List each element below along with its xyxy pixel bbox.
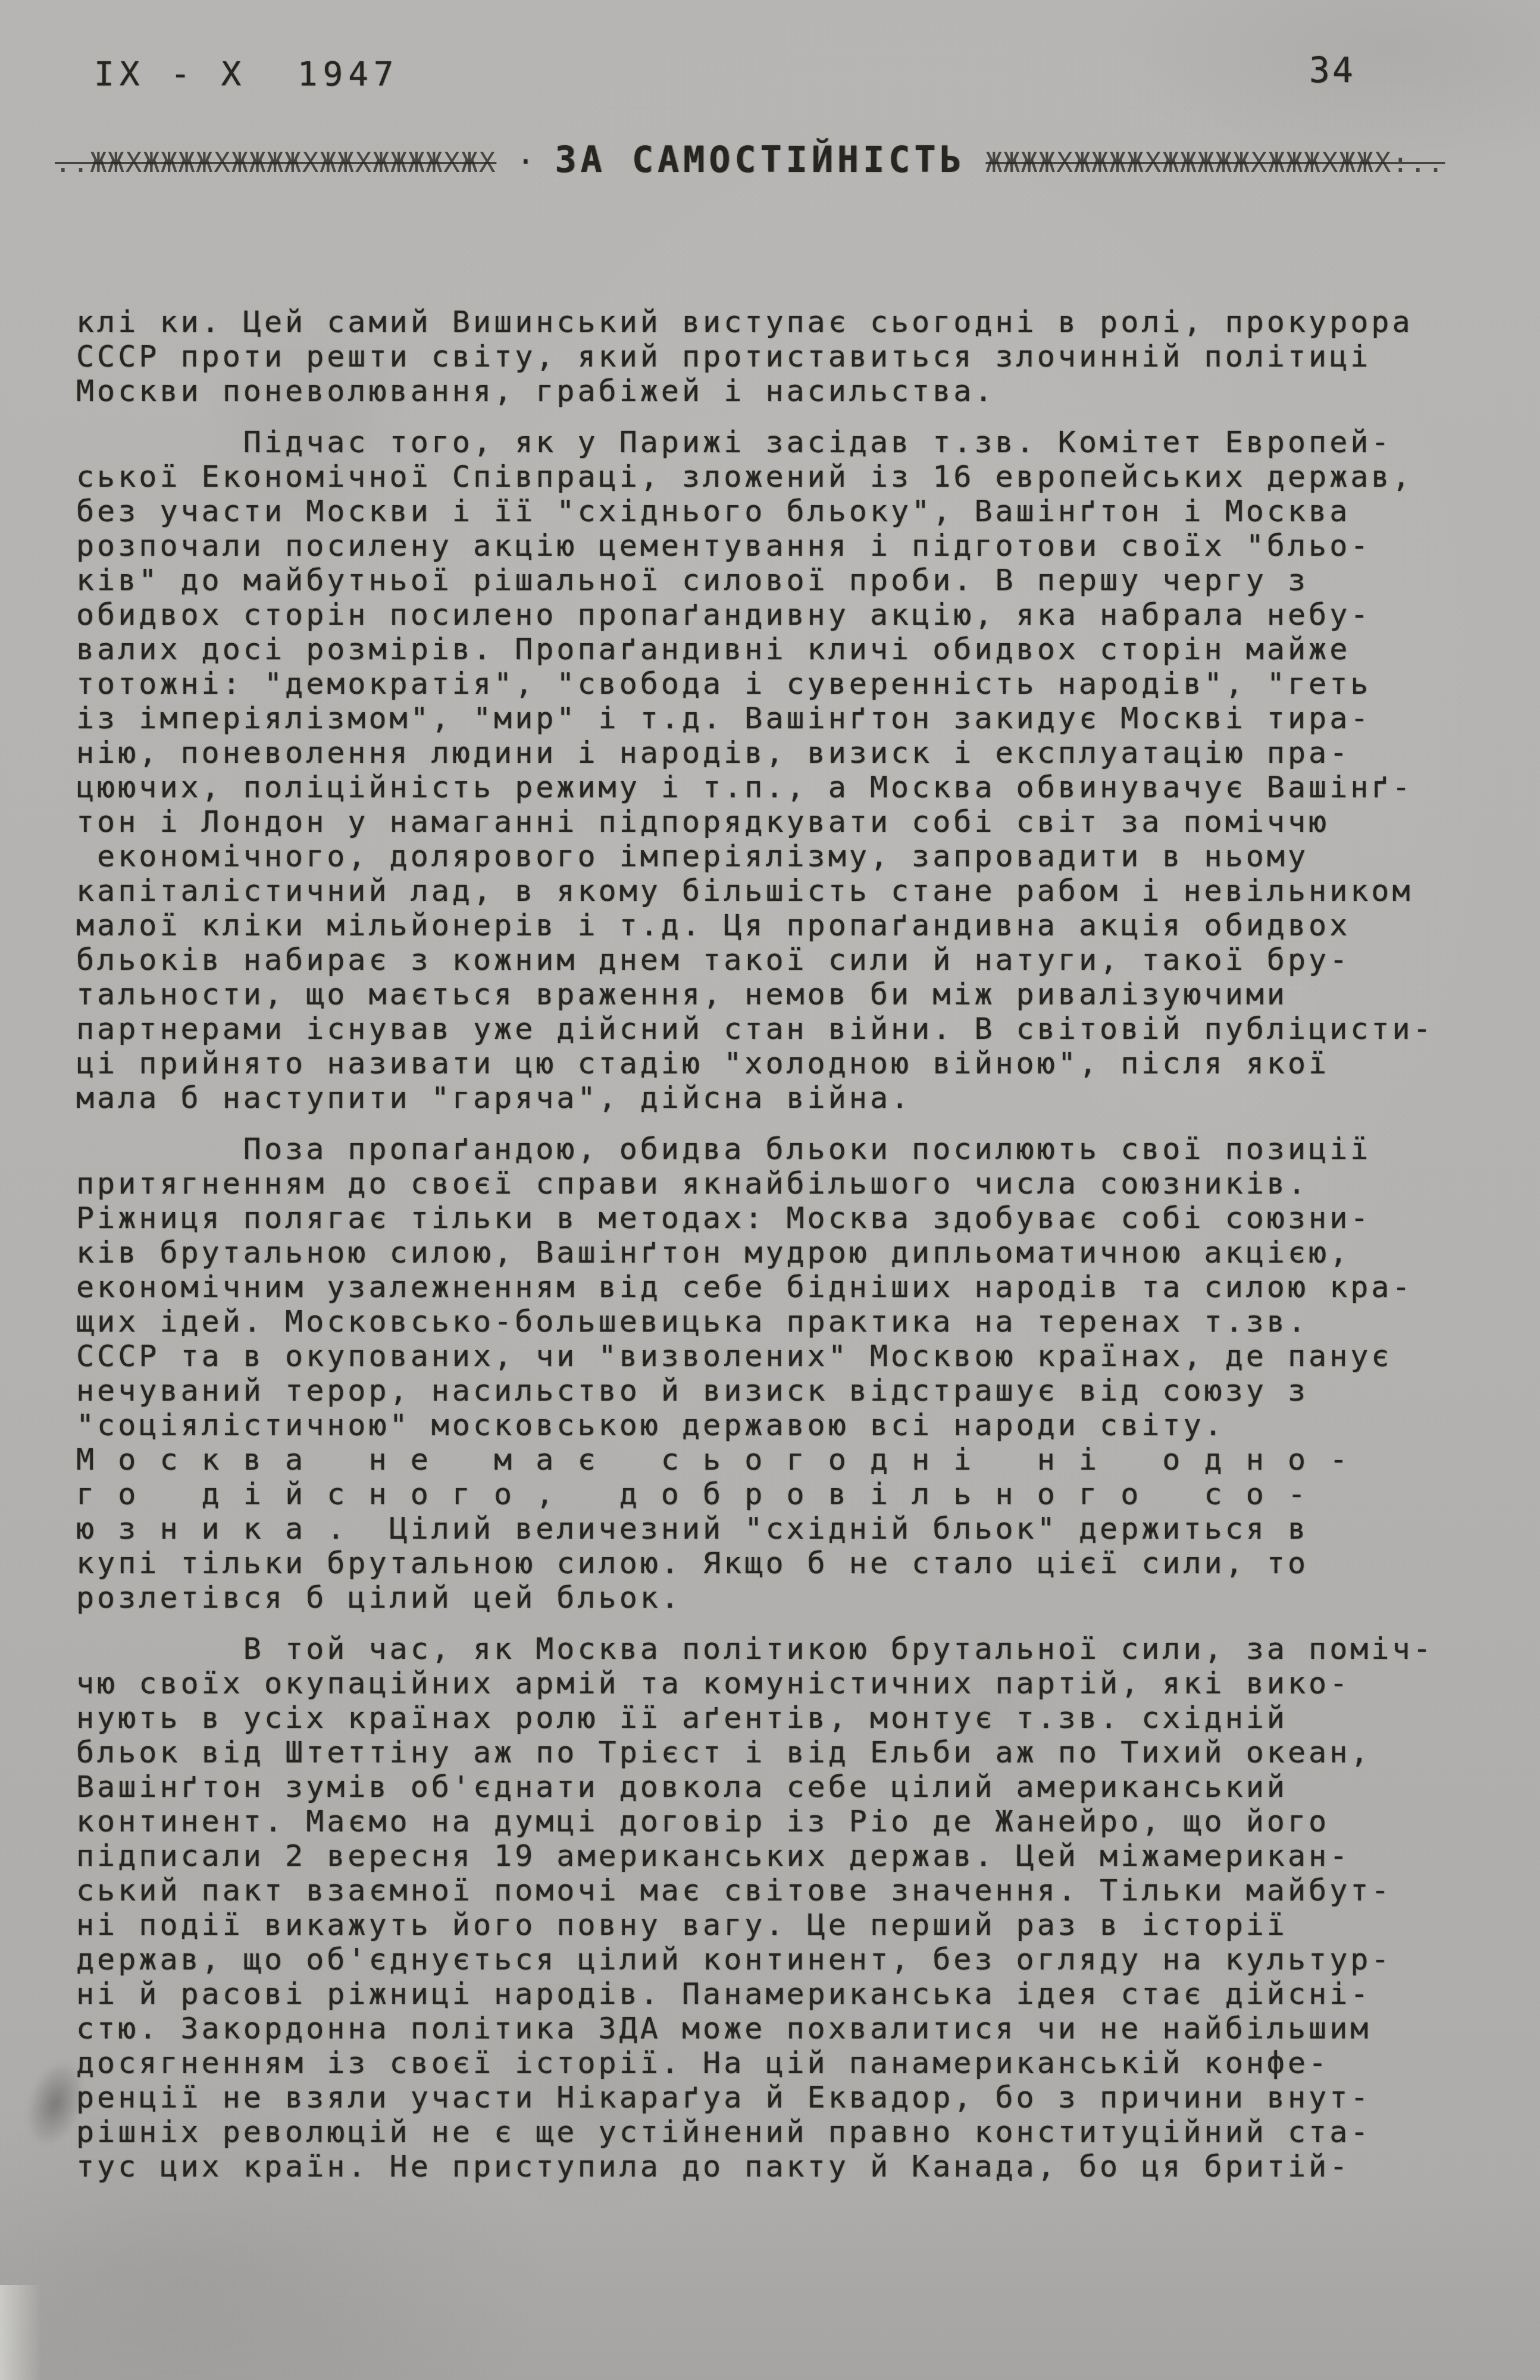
text-line: ні й расові ріжниці народів. Панамерикан…: [76, 1977, 1504, 2011]
masthead-separator: ·: [517, 145, 534, 179]
text-line: валих досі розмірів. Пропаґандивні кличі…: [76, 632, 1504, 666]
text-line: тальности, що мається враження, немов би…: [76, 977, 1504, 1011]
text-line: Підчас того, як у Парижі засідав т.зв. К…: [76, 425, 1504, 459]
text-line: притягненням до своєї справи якнайбільшо…: [76, 1166, 1504, 1201]
text-line: із імперіялізмом", "мир" і т.д. Вашінґто…: [76, 701, 1504, 735]
text-line: економічним узалежненням від себе бідніш…: [76, 1270, 1504, 1304]
page-title: ЗА САМОСТІЙНІСТЬ: [555, 139, 965, 181]
text-line: мала б наступити "гаряча", дійсна війна.: [76, 1081, 1504, 1115]
text-line: континент. Маємо на думці договір із Ріо…: [76, 1804, 1504, 1839]
strikeout-right: ЖЖЖЖХЖЖЖЖХЖЖЖЖЖХЖЖЖХЖЖХ:..: [985, 146, 1445, 178]
paragraph: Підчас того, як у Парижі засідав т.зв. К…: [76, 425, 1504, 1115]
issue-date: IX - X 1947: [94, 55, 399, 93]
text-line: клі ки. Цей самий Вишинський виступає сь…: [76, 305, 1504, 339]
text-line: нечуваний терор, насильство й визиск від…: [76, 1373, 1504, 1408]
text-line: стю. Закордонна політика ЗДА може похвал…: [76, 2011, 1504, 2046]
text-line: економічного, долярового імперіялізму, з…: [76, 839, 1504, 873]
text-line: В той час, як Москва політикою брутально…: [76, 1631, 1504, 1666]
text-line: досягненням із своєї історії. На цій пан…: [76, 2046, 1504, 2080]
text-line: чю своїх окупаційних армій та комуністич…: [76, 1666, 1504, 1701]
strikeout-left: ..ЖЖХЖЖЖЖХЖЖЖЖХЖЖХЖЖЖЖХЖХ: [55, 146, 496, 178]
text-line: нують в усіх країнах ролю її аґентів, мо…: [76, 1701, 1504, 1735]
text-line: рішніх революцій не є ще устійнений прав…: [76, 2115, 1504, 2149]
text-line: Москви поневолювання, грабіжей і насильс…: [76, 374, 1504, 408]
masthead: ..ЖЖХЖЖЖЖХЖЖЖЖХЖЖХЖЖЖЖХЖХ · ЗА САМОСТІЙН…: [55, 139, 1495, 181]
text-line: ської Економічної Співпраці, зложений із…: [76, 459, 1504, 494]
text-line: Поза пропаґандою, обидва бльоки посилюют…: [76, 1132, 1504, 1166]
text-line: г о д і й с н о г о , д о б р о в і л ь …: [76, 1477, 1504, 1511]
text-line: тотожні: "демократія", "свобода і сувере…: [76, 666, 1504, 701]
text-line: капіталістичний лад, в якому більшість с…: [76, 873, 1504, 908]
text-line: без участи Москви і її "східнього бльоку…: [76, 494, 1504, 528]
text-line: обидвох сторін посилено пропаґандивну ак…: [76, 597, 1504, 632]
text-line: бльок від Штеттіну аж по Трієст і від Ел…: [76, 1735, 1504, 1770]
text-line: нію, поневолення людини і народів, визис…: [76, 735, 1504, 770]
text-line: підписали 2 вересня 19 американських дер…: [76, 1839, 1504, 1873]
paragraph: клі ки. Цей самий Вишинський виступає сь…: [76, 305, 1504, 408]
text-line: М о с к в а н е м а є с ь о г о д н і н …: [76, 1442, 1504, 1477]
paragraph: В той час, як Москва політикою брутально…: [76, 1631, 1504, 2184]
text-line: ків" до майбутньої рішальної силової про…: [76, 563, 1504, 597]
text-line: Ріжниця полягає тільки в методах: Москва…: [76, 1201, 1504, 1235]
scan-edge-artifact: [0, 2285, 42, 2380]
text-line: Вашінґтон зумів об'єднати довкола себе ц…: [76, 1770, 1504, 1804]
text-line: "соціялістичною" московською державою вс…: [76, 1408, 1504, 1442]
text-line: тон і Лондон у намаганні підпорядкувати …: [76, 804, 1504, 839]
text-line: СССР проти решти світу, який протиставит…: [76, 339, 1504, 374]
text-line: ні події викажуть його повну вагу. Це пе…: [76, 1908, 1504, 1942]
text-line: малої кліки мільйонерів і т.д. Ця пропаґ…: [76, 908, 1504, 942]
text-line: щих ідей. Московсько-большевицька практи…: [76, 1304, 1504, 1339]
text-line: цюючих, поліційність режиму і т.п., а Мо…: [76, 770, 1504, 804]
text-line: розлетівся б цілий цей бльок.: [76, 1580, 1504, 1615]
scanned-page: { "document": { "issue_date": "IX - X 19…: [0, 0, 1540, 2380]
text-line: ський пакт взаємної помочі має світове з…: [76, 1873, 1504, 1908]
text-line: тус цих країн. Не приступила до пакту й …: [76, 2149, 1504, 2184]
text-line: ю з н и к а . Цілий величезний "східній …: [76, 1511, 1504, 1546]
text-line: ці прийнято називати цю стадію "холодною…: [76, 1046, 1504, 1081]
text-line: розпочали посилену акцію цементування і …: [76, 528, 1504, 563]
text-line: ків брутальною силою, Вашінґтон мудрою д…: [76, 1235, 1504, 1270]
text-line: партнерами існував уже дійсний стан війн…: [76, 1011, 1504, 1046]
paragraph: Поза пропаґандою, обидва бльоки посилюют…: [76, 1132, 1504, 1615]
text-line: купі тільки брутальною силою. Якщо б не …: [76, 1546, 1504, 1580]
text-line: бльоків набирає з кожним днем такої сили…: [76, 942, 1504, 977]
document-body: клі ки. Цей самий Вишинський виступає сь…: [76, 305, 1504, 2184]
text-line: ренції не взяли участи Нікараґуа й Еквад…: [76, 2080, 1504, 2115]
page-number: 34: [1309, 50, 1356, 90]
text-line: СССР та в окупованих, чи "визволених" Мо…: [76, 1339, 1504, 1373]
text-line: держав, що об'єднується цілий континент,…: [76, 1942, 1504, 1977]
